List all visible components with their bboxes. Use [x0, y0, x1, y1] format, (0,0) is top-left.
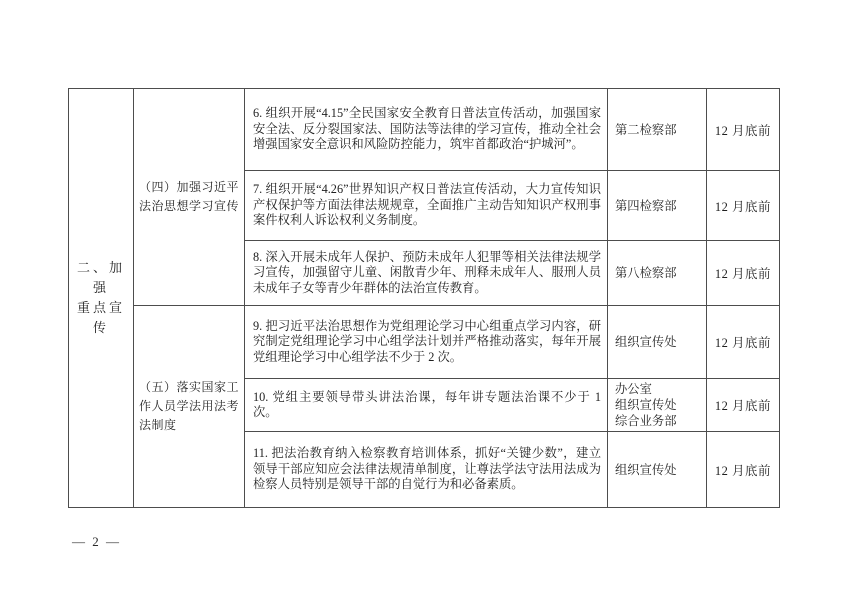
department-cell-9: 组织宣传处 — [608, 306, 707, 379]
deadline-cell-10: 12 月底前 — [707, 379, 780, 432]
department-cell-10: 办公室 组织宣传处 综合业务部 — [608, 379, 707, 432]
department-cell-11: 组织宣传处 — [608, 432, 707, 508]
task-cell-11: 11. 把法治教育纳入检察教育培训体系，抓好“关键少数”，建立领导干部应知应会法… — [245, 432, 608, 508]
department-cell-8: 第八检察部 — [608, 241, 707, 306]
task-table: 二、加强 重点宣传 （四）加强习近平 法治思想学习宣传 6. 组织开展“4.15… — [68, 88, 780, 508]
page-number: — 2 — — [72, 534, 121, 550]
deadline-cell-7: 12 月底前 — [707, 171, 780, 241]
task-cell-7: 7. 组织开展“4.26”世界知识产权日普法宣传活动，大力宣传知识产权保护等方面… — [245, 171, 608, 241]
department-cell-6: 第二检察部 — [608, 89, 707, 171]
deadline-cell-9: 12 月底前 — [707, 306, 780, 379]
deadline-cell-6: 12 月底前 — [707, 89, 780, 171]
department-cell-7: 第四检察部 — [608, 171, 707, 241]
task-cell-10: 10. 党组主要领导带头讲法治课，每年讲专题法治课不少于 1 次。 — [245, 379, 608, 432]
table-row: （五）落实国家工 作人员学法用法考 法制度 9. 把习近平法治思想作为党组理论学… — [69, 306, 780, 379]
task-cell-9: 9. 把习近平法治思想作为党组理论学习中心组重点学习内容，研究制定党组理论学习中… — [245, 306, 608, 379]
table-row: 二、加强 重点宣传 （四）加强习近平 法治思想学习宣传 6. 组织开展“4.15… — [69, 89, 780, 171]
section-category-cell: 二、加强 重点宣传 — [69, 89, 134, 508]
group-5-cell: （五）落实国家工 作人员学法用法考 法制度 — [134, 306, 245, 508]
group-4-cell: （四）加强习近平 法治思想学习宣传 — [134, 89, 245, 306]
deadline-cell-8: 12 月底前 — [707, 241, 780, 306]
document-page: 二、加强 重点宣传 （四）加强习近平 法治思想学习宣传 6. 组织开展“4.15… — [0, 0, 842, 595]
task-cell-8: 8. 深入开展未成年人保护、预防未成年人犯罪等相关法律法规学习宣传，加强留守儿童… — [245, 241, 608, 306]
task-cell-6: 6. 组织开展“4.15”全民国家安全教育日普法宣传活动，加强国家安全法、反分裂… — [245, 89, 608, 171]
deadline-cell-11: 12 月底前 — [707, 432, 780, 508]
